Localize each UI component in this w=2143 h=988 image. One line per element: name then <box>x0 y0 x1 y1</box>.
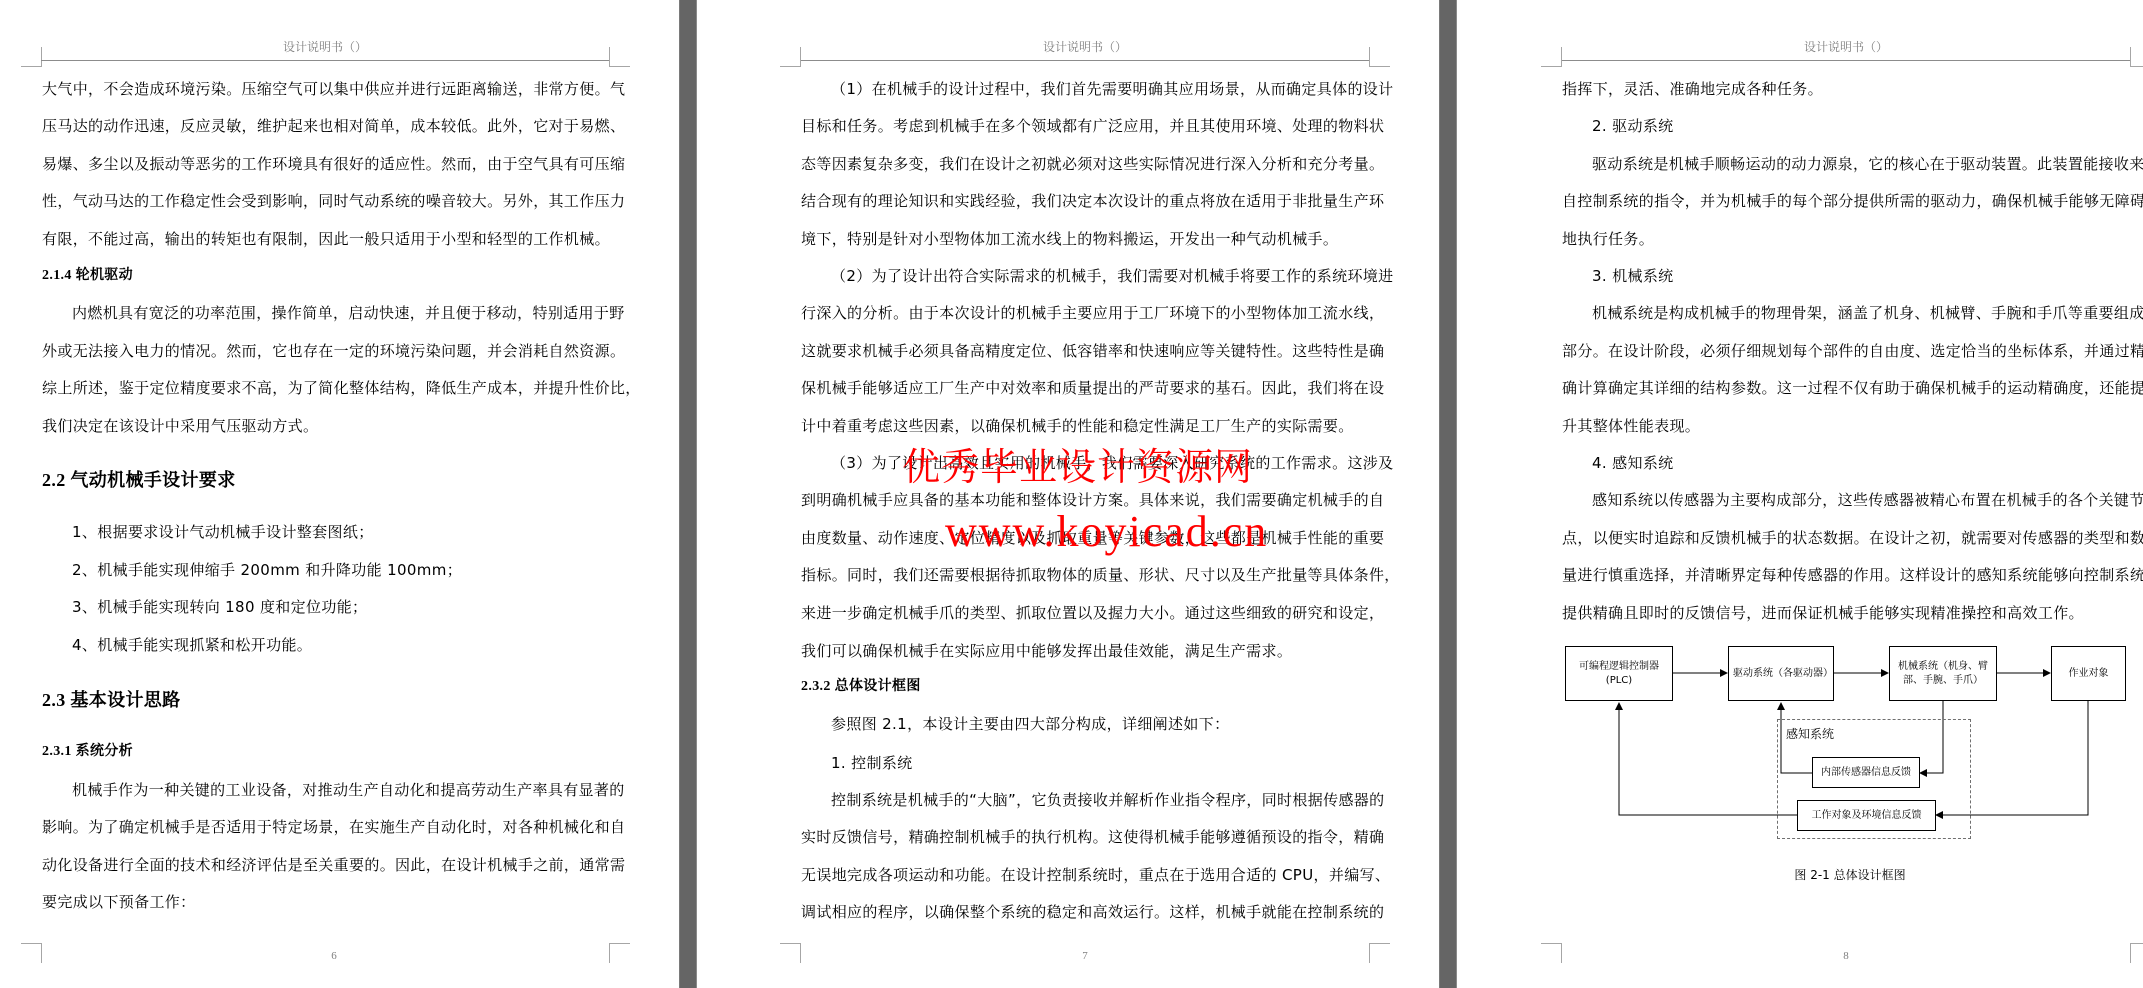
body-line: （2）为了设计出符合实际需求的机械手，我们需要对机械手将要工作的系统环境进 <box>801 266 1394 286</box>
body-line: 机械系统是构成机械手的物理骨架，涵盖了机身、机械臂、手腕和手爪等重要组成 <box>1562 303 2143 323</box>
margin-corner-mark <box>780 943 801 963</box>
list-item: 3、机械手能实现转向 180 度和定位功能； <box>42 597 367 617</box>
body-line: 内燃机具有宽泛的功率范围，操作简单，启动快速，并且便于移动，特别适用于野 <box>42 303 625 323</box>
body-line: 境下，特别是针对小型物体加工流水线上的物料搬运，开发出一种气动机械手。 <box>801 229 1338 249</box>
body-line: 行深入的分析。由于本次设计的机械手主要应用于工厂环境下的小型物体加工流水线， <box>801 303 1384 323</box>
body-line: 保机械手能够适应工厂生产中对效率和质量提出的严苛要求的基石。因此，我们将在设 <box>801 378 1384 398</box>
body-line: 来进一步确定机械手爪的类型、抓取位置以及握力大小。通过这些细致的研究和设定， <box>801 603 1384 623</box>
margin-corner-mark <box>1369 47 1390 67</box>
section-heading-2-2: 2.2 气动机械手设计要求 <box>42 470 236 490</box>
margin-corner-mark <box>2130 943 2143 963</box>
subsection-label: 2. 驱动系统 <box>1562 116 1674 136</box>
body-line: 影响。为了确定机械手是否适用于特定场景，在实施生产自动化时，对各种机械化和自 <box>42 817 625 837</box>
body-line: 提供精确且即时的反馈信号，进而保证机械手能够实现精准操控和高效工作。 <box>1562 603 2084 623</box>
figure-caption: 图 2-1 总体设计框图 <box>1457 866 2143 883</box>
margin-corner-mark <box>21 47 42 67</box>
body-line: 部分。在设计阶段，必须仔细规划每个部件的自由度、选定恰当的坐标体系，并通过精 <box>1562 341 2143 361</box>
body-line: 点，以便实时追踪和反馈机械手的状态数据。在设计之初，就需要对传感器的类型和数 <box>1562 528 2143 548</box>
section-heading-2-3: 2.3 基本设计思路 <box>42 690 181 710</box>
margin-corner-mark <box>21 943 42 963</box>
body-line: 机械手作为一种关键的工业设备，对推动生产自动化和提高劳动生产率具有显著的 <box>42 780 625 800</box>
body-line: 态等因素复杂多变，我们在设计之初就必须对这些实际情况进行深入分析和充分考量。 <box>801 154 1384 174</box>
body-line: 由度数量、动作速度、定位精度以及抓取重量等关键参数，这些都是机械手性能的重要 <box>801 528 1384 548</box>
page-number: 6 <box>50 950 618 962</box>
header-rule <box>41 60 609 61</box>
body-line: 指标。同时，我们还需要根据待抓取物体的质量、形状、尺寸以及生产批量等具体条件， <box>801 565 1400 585</box>
subsection-label: 3. 机械系统 <box>1562 266 1674 286</box>
section-heading-2-1-4: 2.1.4 轮机驱动 <box>42 266 133 286</box>
page-number: 8 <box>1562 950 2130 962</box>
page-6: 设计说明书（） 大气中，不会造成环境污染。压缩空气可以集中供应并进行远距离输送，… <box>0 0 679 988</box>
body-line: 易爆、多尘以及振动等恶劣的工作环境具有很好的适应性。然而，由于空气具有可压缩 <box>42 154 625 174</box>
list-item: 1、根据要求设计气动机械手设计整套图纸； <box>42 522 374 542</box>
page-header-title: 设计说明书（） <box>1562 38 2130 55</box>
body-line: （3）为了设计出高效且实用的机械手，我们需要深入研究系统的工作需求。这涉及 <box>801 453 1394 473</box>
page-gutter <box>1439 0 1457 988</box>
header-rule <box>1562 60 2130 61</box>
body-line: 到明确机械手应具备的基本功能和整体设计方案。具体来说，我们需要确定机械手的自 <box>801 490 1384 510</box>
body-line: 要完成以下预备工作： <box>42 892 196 912</box>
body-line: 我们决定在该设计中采用气压驱动方式。 <box>42 416 318 436</box>
body-line: 指挥下，灵活、准确地完成各种任务。 <box>1562 79 1823 99</box>
body-line: 性，气动马达的工作稳定性会受到影响，同时气动系统的噪音较大。另外，其工作压力 <box>42 191 625 211</box>
margin-corner-mark <box>780 47 801 67</box>
margin-corner-mark <box>609 47 630 67</box>
page-header-title: 设计说明书（） <box>801 38 1369 55</box>
environment-feedback-box: 工作对象及环境信息反馈 <box>1797 800 1936 831</box>
body-line: 这就要求机械手必须具备高精度定位、低容错率和快速响应等关键特性。这些特性是确 <box>801 341 1384 361</box>
list-item: 4、机械手能实现抓紧和松开功能。 <box>42 635 312 655</box>
page-gutter <box>679 0 697 988</box>
page-7: 设计说明书（） （1）在机械手的设计过程中，我们首先需要明确其应用场景，从而确定… <box>697 0 1439 988</box>
body-line: 量进行慎重选择，并清晰界定每种传感器的作用。这样设计的感知系统能够向控制系统 <box>1562 565 2143 585</box>
body-line: 目标和任务。考虑到机械手在多个领域都有广泛应用，并且其使用环境、处理的物料状 <box>801 116 1384 136</box>
body-line: 有限，不能过高，输出的转矩也有限制，因此一般只适用于小型和轻型的工作机械。 <box>42 229 610 249</box>
body-line: 调试相应的程序，以确保整个系统的稳定和高效运行。这样，机械手就能在控制系统的 <box>801 902 1384 922</box>
body-line: 大气中，不会造成环境污染。压缩空气可以集中供应并进行远距离输送，非常方便。气 <box>42 79 625 99</box>
list-item: 2、机械手能实现伸缩手 200mm 和升降功能 100mm； <box>42 560 462 580</box>
body-line: 我们可以确保机械手在实际应用中能够发挥出最佳效能，满足生产需求。 <box>801 641 1292 661</box>
mechanical-system-box: 机械系统（机身、臂部、手腕、手爪） <box>1889 646 1997 701</box>
section-heading-2-3-2: 2.3.2 总体设计框图 <box>801 677 921 697</box>
body-line: 外或无法接入电力的情况。然而，它也存在一定的环境污染问题，并会消耗自然资源。 <box>42 341 625 361</box>
body-line: 升其整体性能表现。 <box>1562 416 1700 436</box>
plc-box: 可编程逻辑控制器(PLC) <box>1565 646 1673 701</box>
subsection-label: 4. 感知系统 <box>1562 453 1674 473</box>
body-line: 感知系统以传感器为主要构成部分，这些传感器被精心布置在机械手的各个关键节 <box>1562 490 2143 510</box>
body-line: 压马达的动作迅速，反应灵敏，维护起来也相对简单，成本较低。此外，它对于易燃、 <box>42 116 625 136</box>
body-line: 自控制系统的指令，并为机械手的每个部分提供所需的驱动力，确保机械手能够无障碍 <box>1562 191 2143 211</box>
internal-sensor-feedback-box: 内部传感器信息反馈 <box>1812 757 1920 788</box>
section-heading-2-3-1: 2.3.1 系统分析 <box>42 742 133 762</box>
page-header-title: 设计说明书（） <box>41 38 609 55</box>
margin-corner-mark <box>1541 943 1562 963</box>
body-line: 无误地完成各项运动和功能。在设计控制系统时，重点在于选用合适的 CPU，并编写、 <box>801 865 1390 885</box>
body-line: 确计算确定其详细的结构参数。这一过程不仅有助于确保机械手的运动精确度，还能提 <box>1562 378 2143 398</box>
body-line: 动化设备进行全面的技术和经济评估是至关重要的。因此，在设计机械手之前，通常需 <box>42 855 625 875</box>
body-line: 控制系统是机械手的“大脑”，它负责接收并解析作业指令程序，同时根据传感器的 <box>801 790 1385 810</box>
body-line: 驱动系统是机械手顺畅运动的动力源泉，它的核心在于驱动装置。此装置能接收来 <box>1562 154 2143 174</box>
subsection-label: 1. 控制系统 <box>801 753 913 773</box>
margin-corner-mark <box>1369 943 1390 963</box>
sensing-system-label: 感知系统 <box>1786 725 1834 742</box>
page-number: 7 <box>801 950 1369 962</box>
body-line: 参照图 2.1，本设计主要由四大部分构成，详细阐述如下： <box>801 714 1229 734</box>
drive-system-box: 驱动系统（各驱动器） <box>1728 646 1834 701</box>
header-rule <box>801 60 1369 61</box>
body-line: 结合现有的理论知识和实践经验，我们决定本次设计的重点将放在适用于非批量生产环 <box>801 191 1384 211</box>
body-line: 综上所述，鉴于定位精度要求不高，为了简化整体结构，降低生产成本，并提升性价比， <box>42 378 641 398</box>
body-line: 计中着重考虑这些因素，以确保机械手的性能和稳定性满足工厂生产的实际需要。 <box>801 416 1354 436</box>
body-line: 地执行任务。 <box>1562 229 1654 249</box>
margin-corner-mark <box>2130 47 2143 67</box>
body-line: （1）在机械手的设计过程中，我们首先需要明确其应用场景，从而确定具体的设计 <box>801 79 1394 99</box>
margin-corner-mark <box>1541 47 1562 67</box>
page-8: 设计说明书（） 指挥下，灵活、准确地完成各种任务。 2. 驱动系统 驱动系统是机… <box>1457 0 2143 988</box>
body-line: 实时反馈信号，精确控制机械手的执行机构。这使得机械手能够遵循预设的指令，精确 <box>801 827 1384 847</box>
work-object-box: 作业对象 <box>2051 646 2126 701</box>
